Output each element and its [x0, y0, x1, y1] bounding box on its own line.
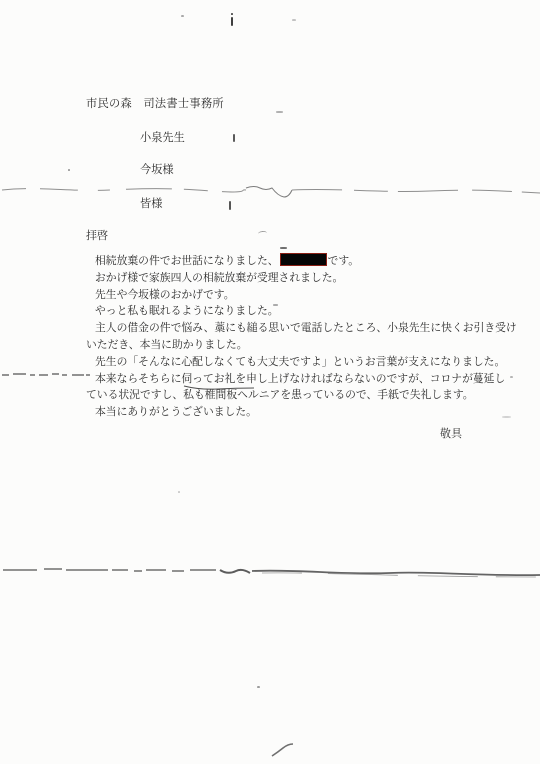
scanned-letter-page: 市民の森 司法書士事務所 小泉先生 今坂様 皆様 拝啓 相続放棄の件でお世話にな… [0, 0, 540, 764]
letter-line: 先生や今坂様のおかげです。 [86, 287, 538, 304]
letter-line: いただき、本当に助かりました。 [86, 337, 538, 354]
letter-line: 先生の「そんなに心配しなくても大丈夫ですよ」というお言葉が支えになりました。 [86, 354, 538, 371]
letter-line: 主人の借金の件で悩み、藁にも縋る思いで電話したところ、小泉先生に快くお引き受け [86, 320, 538, 337]
scan-artifact-line-upper [0, 182, 540, 200]
scan-speck [257, 686, 260, 688]
letter-line: 相続放棄の件でお世話になりました、です。 [86, 253, 538, 270]
scan-tick-mark [231, 17, 233, 26]
line-text: 相続放棄の件でお世話になりました、 [95, 254, 279, 267]
scan-speck [68, 169, 70, 171]
redaction-box [280, 253, 327, 266]
scan-speck [276, 111, 283, 113]
scan-speck [178, 491, 180, 493]
page: { "colors": { "ink": "#2a2a2a", "paper":… [0, 0, 540, 764]
letter-line: 本来ならそちらに伺ってお礼を申し上げなければならないのですが、コロナが蔓延し [86, 371, 538, 388]
letter-line: おかげ様で家族四人の相続放棄が受理されました。 [86, 270, 538, 287]
scan-artifact-line-lower [0, 560, 540, 584]
scan-speck [181, 15, 184, 17]
scan-squiggle [258, 231, 267, 237]
line-text: です。 [328, 254, 360, 267]
closing-salutation: 敬具 [440, 428, 462, 440]
scan-speck [231, 13, 233, 15]
scan-speck [292, 19, 296, 21]
scan-tick-mark [233, 134, 235, 142]
letter-line: やっと私も眠れるようになりました。 [86, 303, 538, 320]
recipient-name-koizumi: 小泉先生 [140, 132, 185, 144]
scan-speck [280, 247, 287, 249]
letter-line: 本当にありがとうございました。 [86, 404, 538, 421]
office-name: 市民の森 司法書士事務所 [86, 98, 224, 110]
recipient-name-everyone: 皆様 [140, 198, 162, 210]
scan-slash-mark [269, 740, 297, 760]
opening-salutation: 拝啓 [86, 230, 108, 242]
scan-tick-mark [229, 201, 231, 210]
letter-body: 相続放棄の件でお世話になりました、です。 おかげ様で家族四人の相続放棄が受理され… [86, 253, 538, 421]
scan-artifact-margin-dashes [0, 371, 94, 379]
recipient-name-imasaka: 今坂様 [140, 164, 174, 176]
letter-line: ている状況ですし、私も椎間板ヘルニアを患っているので、手紙で失礼します。 [86, 387, 538, 404]
